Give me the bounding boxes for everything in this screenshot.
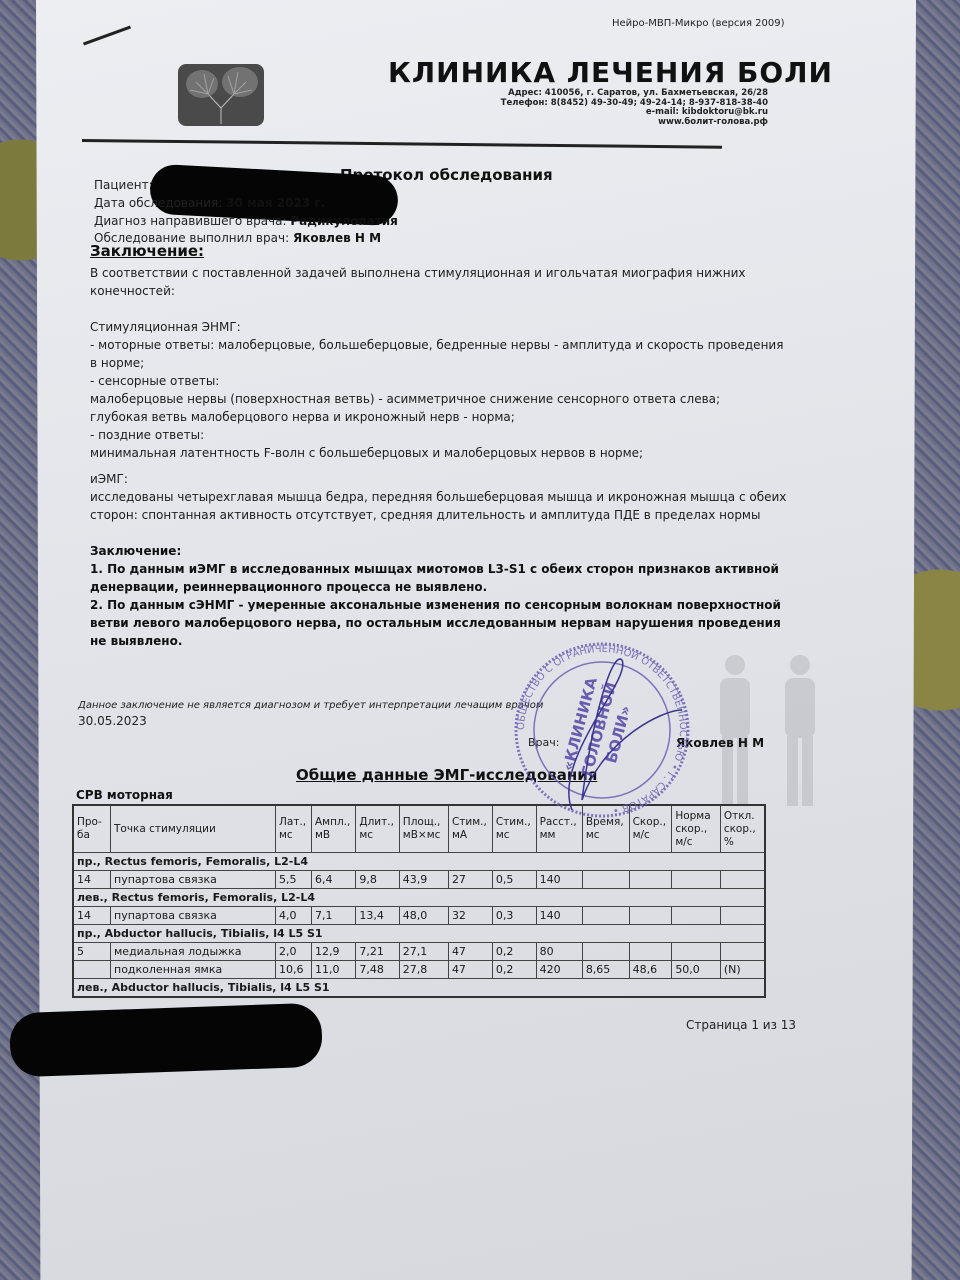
group-label: лев., Rectus femoris, Femoralis, L2-L4 xyxy=(73,889,765,907)
table-cell: 50,0 xyxy=(672,961,721,979)
patient-line: Пациент: xyxy=(94,178,153,192)
date-line: Дата обследования: 30 мая 2023 г. xyxy=(94,196,325,210)
emg-table-body: пр., Rectus femoris, Femoralis, L2-L414п… xyxy=(73,853,765,998)
disclaimer: Данное заключение не является диагнозом … xyxy=(78,700,543,711)
table-cell: медиальная лодыжка xyxy=(111,943,276,961)
col-header: Ампл., мВ xyxy=(312,805,356,853)
table-cell: 0,2 xyxy=(492,943,536,961)
table-cell xyxy=(582,871,629,889)
table-cell: 0,2 xyxy=(492,961,536,979)
table-group-row: лев., Abductor hallucis, Tibialis, l4 L5… xyxy=(73,979,765,998)
diagnosis-label: Диагноз направившего врача: xyxy=(94,214,287,228)
stim-heading: Стимуляционная ЭНМГ: xyxy=(90,318,790,336)
table-cell xyxy=(582,943,629,961)
emg-table: Про-ба Точка стимуляции Лат., мс Ампл., … xyxy=(72,804,766,998)
table-cell: 420 xyxy=(536,961,582,979)
table-row: 14пупартова связка4,07,113,448,0320,3140 xyxy=(73,907,765,925)
diagnosis-value: Радикулопатия xyxy=(290,214,397,228)
table-row: 14пупартова связка5,56,49,843,9270,5140 xyxy=(73,871,765,889)
col-header: Длит., мс xyxy=(356,805,399,853)
table-cell xyxy=(720,871,765,889)
stim-line: глубокая ветвь малоберцового нерва и икр… xyxy=(90,408,790,426)
table-cell: 14 xyxy=(73,907,111,925)
table-cell: 2,0 xyxy=(276,943,312,961)
stim-line: - моторные ответы: малоберцовые, большеб… xyxy=(90,336,790,372)
table-cell: 47 xyxy=(448,961,492,979)
clinic-stamp: ОБЩЕСТВО С ОГРАНИЧЕННОЙ ОТВЕТСТВЕННОСТЬЮ… xyxy=(512,640,692,820)
page-number: Страница 1 из 13 xyxy=(686,1018,796,1032)
table-cell: 14 xyxy=(73,871,111,889)
table-cell: 80 xyxy=(536,943,582,961)
table-cell: 5,5 xyxy=(276,871,312,889)
table-cell: пупартова связка xyxy=(111,907,276,925)
table-cell: 32 xyxy=(448,907,492,925)
table-cell: 27,1 xyxy=(399,943,448,961)
table-cell: 7,1 xyxy=(312,907,356,925)
table-cell xyxy=(720,943,765,961)
table-cell: 47 xyxy=(448,943,492,961)
clinic-website: www.болит-голова.рф xyxy=(501,118,768,128)
diagnosis-line: Диагноз направившего врача: Радикулопати… xyxy=(94,214,398,228)
table-row: 5медиальная лодыжка2,012,97,2127,1470,28… xyxy=(73,943,765,961)
group-label: пр., Abductor hallucis, Tibialis, l4 L5 … xyxy=(73,925,765,943)
table-cell: пупартова связка xyxy=(111,871,276,889)
table-cell: 13,4 xyxy=(356,907,399,925)
table-cell: 0,5 xyxy=(492,871,536,889)
tree-logo-icon-svg xyxy=(178,64,264,126)
table-cell: 12,9 xyxy=(312,943,356,961)
table-cell: 10,6 xyxy=(276,961,312,979)
table-cell xyxy=(629,943,672,961)
stim-enmg-block: Стимуляционная ЭНМГ: - моторные ответы: … xyxy=(90,318,790,462)
col-header: Точка стимуляции xyxy=(111,805,276,853)
table-cell xyxy=(672,907,721,925)
table-group-row: пр., Abductor hallucis, Tibialis, l4 L5 … xyxy=(73,925,765,943)
clinic-name: КЛИНИКА ЛЕЧЕНИЯ БОЛИ xyxy=(388,56,833,89)
table-cell: 0,3 xyxy=(492,907,536,925)
patient-label: Пациент: xyxy=(94,178,153,192)
table-cell: 6,4 xyxy=(312,871,356,889)
stim-line: - сенсорные ответы: xyxy=(90,372,790,390)
iemg-heading: иЭМГ: xyxy=(90,470,790,488)
table-cell: 48,6 xyxy=(629,961,672,979)
clinic-contacts: Адрес: 410056, г. Саратов, ул. Бахметьев… xyxy=(501,89,768,127)
table-cell xyxy=(73,961,111,979)
table-cell: 5 xyxy=(73,943,111,961)
table-cell: 11,0 xyxy=(312,961,356,979)
table-cell xyxy=(629,871,672,889)
conclusion-heading: Заключение: xyxy=(90,242,204,260)
software-label: Нейро-МВП-Микро (версия 2009) xyxy=(612,18,785,29)
table-cell xyxy=(720,907,765,925)
table-cell: 140 xyxy=(536,907,582,925)
stim-line: - поздние ответы: xyxy=(90,426,790,444)
conclusion-date: 30.05.2023 xyxy=(78,714,147,728)
table-cell: 43,9 xyxy=(399,871,448,889)
table-cell xyxy=(672,871,721,889)
table-cell: (N) xyxy=(720,961,765,979)
table-cell: 48,0 xyxy=(399,907,448,925)
table-cell: 7,21 xyxy=(356,943,399,961)
table-cell: подколенная ямка xyxy=(111,961,276,979)
table-cell: 8,65 xyxy=(582,961,629,979)
tree-logo-icon xyxy=(178,64,264,126)
body-figures-watermark xyxy=(700,650,840,810)
col-header: Про-ба xyxy=(73,805,111,853)
table-cell: 140 xyxy=(536,871,582,889)
stim-line: минимальная латентность F-волн с большеб… xyxy=(90,444,790,462)
col-header: Откл. скор., % xyxy=(720,805,765,853)
final-item-1: 1. По данным иЭМГ в исследованных мышцах… xyxy=(90,560,790,596)
redaction-footer xyxy=(9,1003,323,1078)
table-cell: 9,8 xyxy=(356,871,399,889)
doctor-value: Яковлев Н М xyxy=(293,231,381,245)
conclusion-intro: В соответствии с поставленной задачей вы… xyxy=(90,264,790,300)
col-header: Стим., мА xyxy=(448,805,492,853)
emg-section-label: СРВ моторная xyxy=(76,788,173,802)
table-cell: 27,8 xyxy=(399,961,448,979)
iemg-text: исследованы четырехглавая мышца бедра, п… xyxy=(90,488,790,524)
table-row: подколенная ямка10,611,07,4827,8470,2420… xyxy=(73,961,765,979)
date-label: Дата обследования: xyxy=(94,196,222,210)
final-conclusion: Заключение: 1. По данным иЭМГ в исследов… xyxy=(90,542,790,650)
col-header: Лат., мс xyxy=(276,805,312,853)
date-value: 30 мая 2023 г. xyxy=(226,196,325,210)
iemg-block: иЭМГ: исследованы четырехглавая мышца бе… xyxy=(90,470,790,524)
group-label: пр., Rectus femoris, Femoralis, L2-L4 xyxy=(73,853,765,871)
table-group-row: лев., Rectus femoris, Femoralis, L2-L4 xyxy=(73,889,765,907)
table-cell: 4,0 xyxy=(276,907,312,925)
table-group-row: пр., Rectus femoris, Femoralis, L2-L4 xyxy=(73,853,765,871)
group-label: лев., Abductor hallucis, Tibialis, l4 L5… xyxy=(73,979,765,998)
table-cell xyxy=(672,943,721,961)
stim-line: малоберцовые нервы (поверхностная ветвь)… xyxy=(90,390,790,408)
table-cell: 27 xyxy=(448,871,492,889)
table-cell xyxy=(629,907,672,925)
col-header: Площ., мВ×мс xyxy=(399,805,448,853)
table-cell: 7,48 xyxy=(356,961,399,979)
table-cell xyxy=(582,907,629,925)
final-heading: Заключение: xyxy=(90,542,790,560)
